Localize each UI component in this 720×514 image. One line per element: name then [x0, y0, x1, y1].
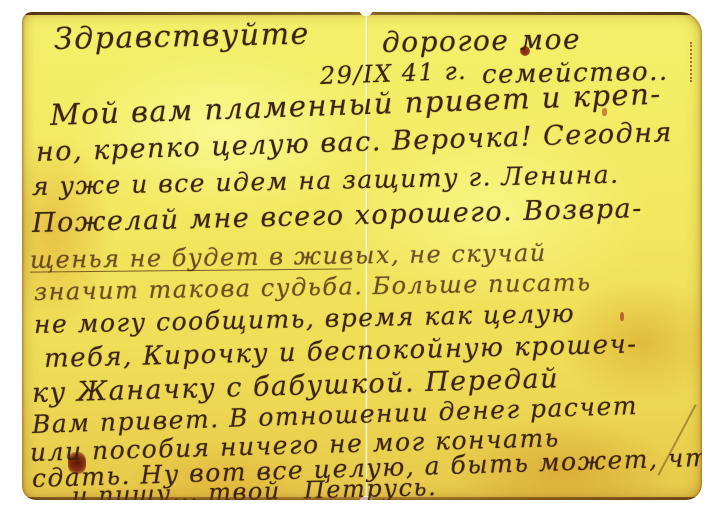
red-mark: [620, 312, 624, 321]
fold-notch-top: [359, 12, 373, 16]
greeting-line-continued: дорогое мое: [382, 23, 582, 59]
scanned-letter-page: Здравствуйте дорогое мое 29/IX 41 г. сем…: [0, 0, 720, 514]
greeting-line: Здравствуйте: [54, 17, 311, 57]
body-line: Пожелай мне всего хорошего. Возвра-: [32, 193, 644, 239]
signature: Петрусь.: [304, 473, 438, 500]
fold-notch-bottom: [359, 496, 373, 500]
postcard: Здравствуйте дорогое мое 29/IX 41 г. сем…: [22, 12, 702, 500]
closing-text: и пишу... твой: [72, 477, 281, 500]
edge-marks: [678, 42, 692, 82]
